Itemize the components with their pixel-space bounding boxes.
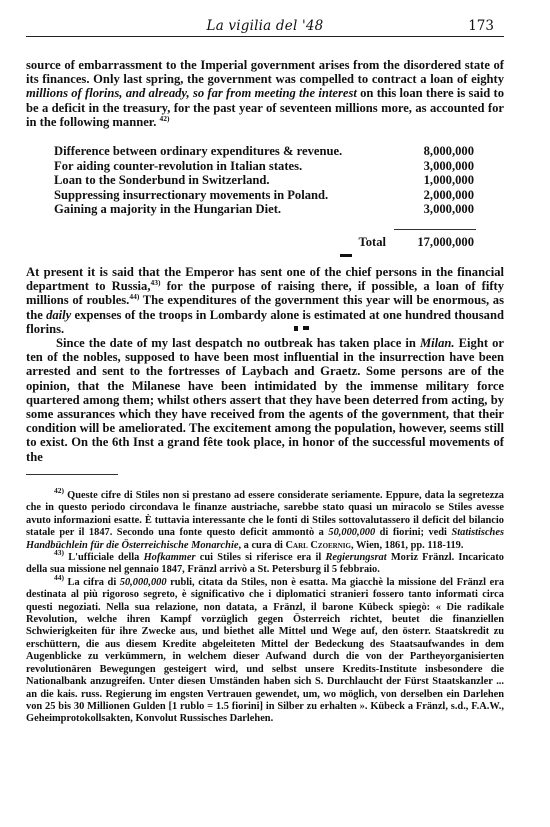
total-label: Total [358, 235, 386, 250]
ledger-amount: 3,000,000 [394, 159, 474, 174]
fn42-text-d: , Wien, 1861, pp. 118-119. [351, 540, 464, 551]
scan-artifact [340, 254, 352, 257]
p3-text-b: Eight or ten of the nobles, supposed to … [26, 336, 504, 464]
fn44-italic-a: 50,000,000 [120, 577, 167, 588]
ledger-item: Difference between ordinary expenditures… [54, 144, 342, 159]
ledger-amount: 1,000,000 [394, 173, 474, 188]
fn43-text-a: L'ufficiale della [64, 552, 144, 563]
ledger-row: For aiding counter-revolution in Italian… [54, 159, 474, 174]
ledger-item: For aiding counter-revolution in Italian… [54, 159, 302, 174]
fn43-italic-a: Hofkammer [144, 552, 196, 563]
ledger-row: Difference between ordinary expenditures… [54, 144, 474, 159]
p1-text-a: source of embarrassment to the Imperial … [26, 58, 504, 86]
fn44-text-b: rubli, citata da Stiles, non è esatta. M… [26, 577, 504, 724]
paragraph-3: Since the date of my last despatch no ou… [26, 336, 504, 464]
ledger-amount: 8,000,000 [394, 144, 474, 159]
total-amount: 17,000,000 [394, 235, 474, 250]
ledger-item: Suppressing insurrectionary movements in… [54, 188, 328, 203]
ledger-row: Gaining a majority in the Hungarian Diet… [54, 202, 474, 217]
footnote-44: 44) La cifra di 50,000,000 rubli, citata… [26, 577, 504, 726]
footnotes: 42) Queste cifre di Stiles non si presta… [26, 490, 504, 726]
fn43-italic-b: Regierungsrat [325, 552, 386, 563]
footnote-marker: 44) [54, 573, 64, 582]
fn44-text-a: La cifra di [64, 577, 120, 588]
footnote-ref-43[interactable]: 43) [151, 278, 161, 287]
paragraph-2: At present it is said that the Emperor h… [26, 265, 504, 336]
footnote-marker: 42) [54, 486, 64, 495]
paragraph-1: source of embarrassment to the Imperial … [26, 58, 504, 129]
fn42-italic-a: 50,000,000 [328, 527, 375, 538]
ledger-amount: 2,000,000 [394, 188, 474, 203]
ledger-total: Total 17,000,000 [54, 235, 474, 250]
footnote-ref-44[interactable]: 44) [129, 292, 139, 301]
p2-text-d: expenses of the troops in Lombardy alone… [26, 308, 504, 336]
footnote-marker: 43) [54, 548, 64, 557]
body-paragraphs: At present it is said that the Emperor h… [26, 265, 504, 464]
p3-text-a: Since the date of my last despatch no ou… [56, 336, 420, 350]
ledger-row: Suppressing insurrectionary movements in… [54, 188, 474, 203]
p1-italic: millions of florins, and already, so far… [26, 86, 357, 100]
footnote-ref-42[interactable]: 42) [160, 114, 170, 123]
p3-italic: Milan. [420, 336, 455, 350]
fn42-author: Carl Czoernig [286, 540, 351, 551]
fn43-text-b: cui Stiles si riferisce era il [196, 552, 326, 563]
footnote-42: 42) Queste cifre di Stiles non si presta… [26, 490, 504, 552]
ledger-amount: 3,000,000 [394, 202, 474, 217]
footnote-43: 43) L'ufficiale della Hofkammer cui Stil… [26, 552, 504, 577]
footnote-separator [26, 474, 118, 475]
page-number: 173 [468, 18, 494, 34]
sum-rule [394, 229, 476, 230]
running-title: La vigilia del '48 [26, 18, 504, 34]
running-head: La vigilia del '48 173 [26, 16, 504, 37]
deficit-ledger: Difference between ordinary expenditures… [54, 144, 474, 250]
p2-italic: daily [46, 308, 71, 322]
ledger-row: Loan to the Sonderbund in Switzerland. 1… [54, 173, 474, 188]
ledger-item: Loan to the Sonderbund in Switzerland. [54, 173, 270, 188]
fn42-text-b: di fiorini; vedi [375, 527, 451, 538]
fn42-text-c: , a cura di [238, 540, 285, 551]
ledger-item: Gaining a majority in the Hungarian Diet… [54, 202, 281, 217]
